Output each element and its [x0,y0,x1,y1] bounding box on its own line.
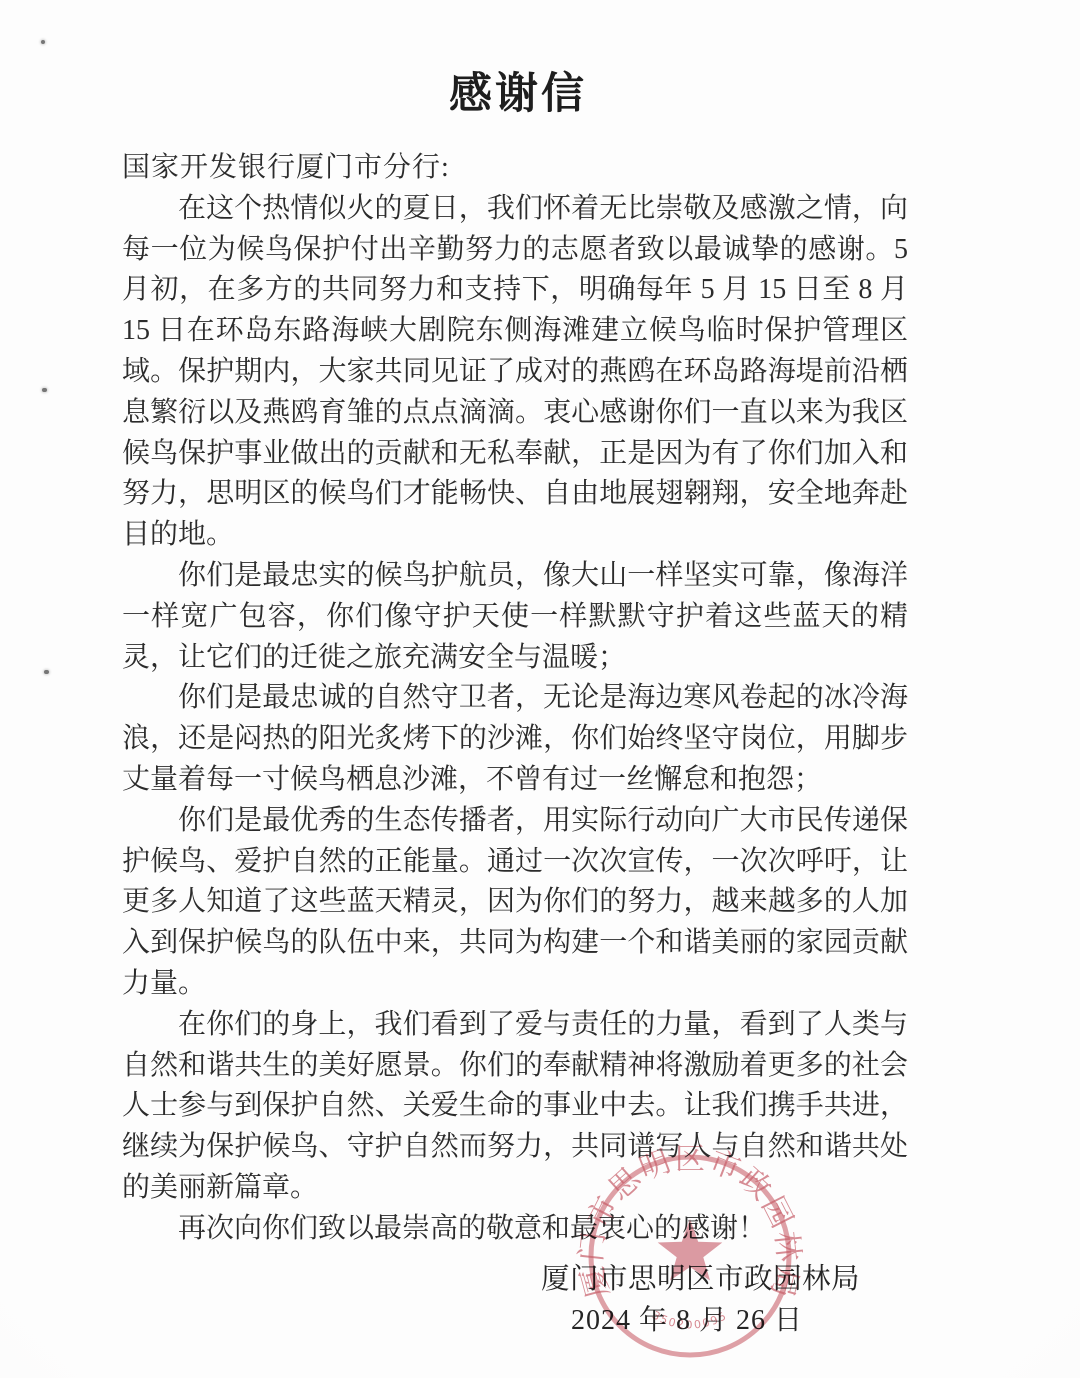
scan-artifact-dot [42,388,47,392]
letter-body: 国家开发银行厦门市分行: 在这个热情似火的夏日，我们怀着无比崇敬及感激之情，向每… [122,148,908,1250]
letter-line: 灵，让它们的迁徙之旅充满安全与温暖； [122,638,908,679]
letter-line: 你们是最忠诚的自然守卫者，无论是海边寒风卷起的冰冷海 [122,678,908,719]
letter-line: 月初，在多方的共同努力和支持下，明确每年 5 月 15 日至 8 月 [122,270,908,311]
letter-title: 感谢信 [0,60,1036,121]
letter-line: 15 日在环岛东路海峡大剧院东侧海滩建立候鸟临时保护管理区 [122,311,908,352]
letter-line: 再次向你们致以最崇高的敬意和最衷心的感谢！ [122,1209,908,1250]
signature-org: 厦门市思明区市政园林局 [541,1256,860,1297]
letter-line: 域。保护期内，大家共同见证了成对的燕鸥在环岛路海堤前沿栖 [122,352,908,393]
scanned-letter-page: 感谢信 国家开发银行厦门市分行: 在这个热情似火的夏日，我们怀着无比崇敬及感激之… [0,0,1080,1378]
letter-line: 努力，思明区的候鸟们才能畅快、自由地展翅翱翔，安全地奔赴 [122,474,908,515]
letter-line: 你们是最优秀的生态传播者，用实际行动向广大市民传递保 [122,801,908,842]
letter-line: 一样宽广包容，你们像守护天使一样默默守护着这些蓝天的精 [122,597,908,638]
letter-line: 在你们的身上，我们看到了爱与责任的力量，看到了人类与 [122,1005,908,1046]
letter-line: 入到保护候鸟的队伍中来，共同为构建一个和谐美丽的家园贡献 [122,923,908,964]
letter-line: 自然和谐共生的美好愿景。你们的奉献精神将激励着更多的社会 [122,1046,908,1087]
scan-artifact-dot [41,40,45,44]
letter-line: 浪，还是闷热的阳光炙烤下的沙滩，你们始终坚守岗位，用脚步 [122,719,908,760]
letter-line: 的美丽新篇章。 [122,1168,908,1209]
letter-line: 在这个热情似火的夏日，我们怀着无比崇敬及感激之情，向 [122,189,908,230]
letter-line: 目的地。 [122,515,908,556]
letter-line: 更多人知道了这些蓝天精灵，因为你们的努力，越来越多的人加 [122,882,908,923]
letter-date: 2024 年 8 月 26 日 [571,1298,803,1338]
letter-line: 继续为保护候鸟、守护自然而努力，共同谱写人与自然和谐共处 [122,1127,908,1168]
letter-line: 人士参与到保护自然、关爱生命的事业中去。让我们携手共进， [122,1086,908,1127]
letter-salutation: 国家开发银行厦门市分行: [122,148,908,189]
letter-line: 力量。 [122,964,908,1005]
letter-line: 每一位为候鸟保护付出辛勤努力的志愿者致以最诚挚的感谢。5 [122,230,908,271]
scan-artifact-dot [44,670,49,674]
letter-line: 息繁衍以及燕鸥育雏的点点滴滴。衷心感谢你们一直以来为我区 [122,393,908,434]
letter-line: 你们是最忠实的候鸟护航员，像大山一样坚实可靠，像海洋 [122,556,908,597]
letter-line: 候鸟保护事业做出的贡献和无私奉献，正是因为有了你们加入和 [122,434,908,475]
letter-line: 护候鸟、爱护自然的正能量。通过一次次宣传，一次次呼吁，让 [122,842,908,883]
letter-line: 丈量着每一寸候鸟栖息沙滩，不曾有过一丝懈怠和抱怨； [122,760,908,801]
